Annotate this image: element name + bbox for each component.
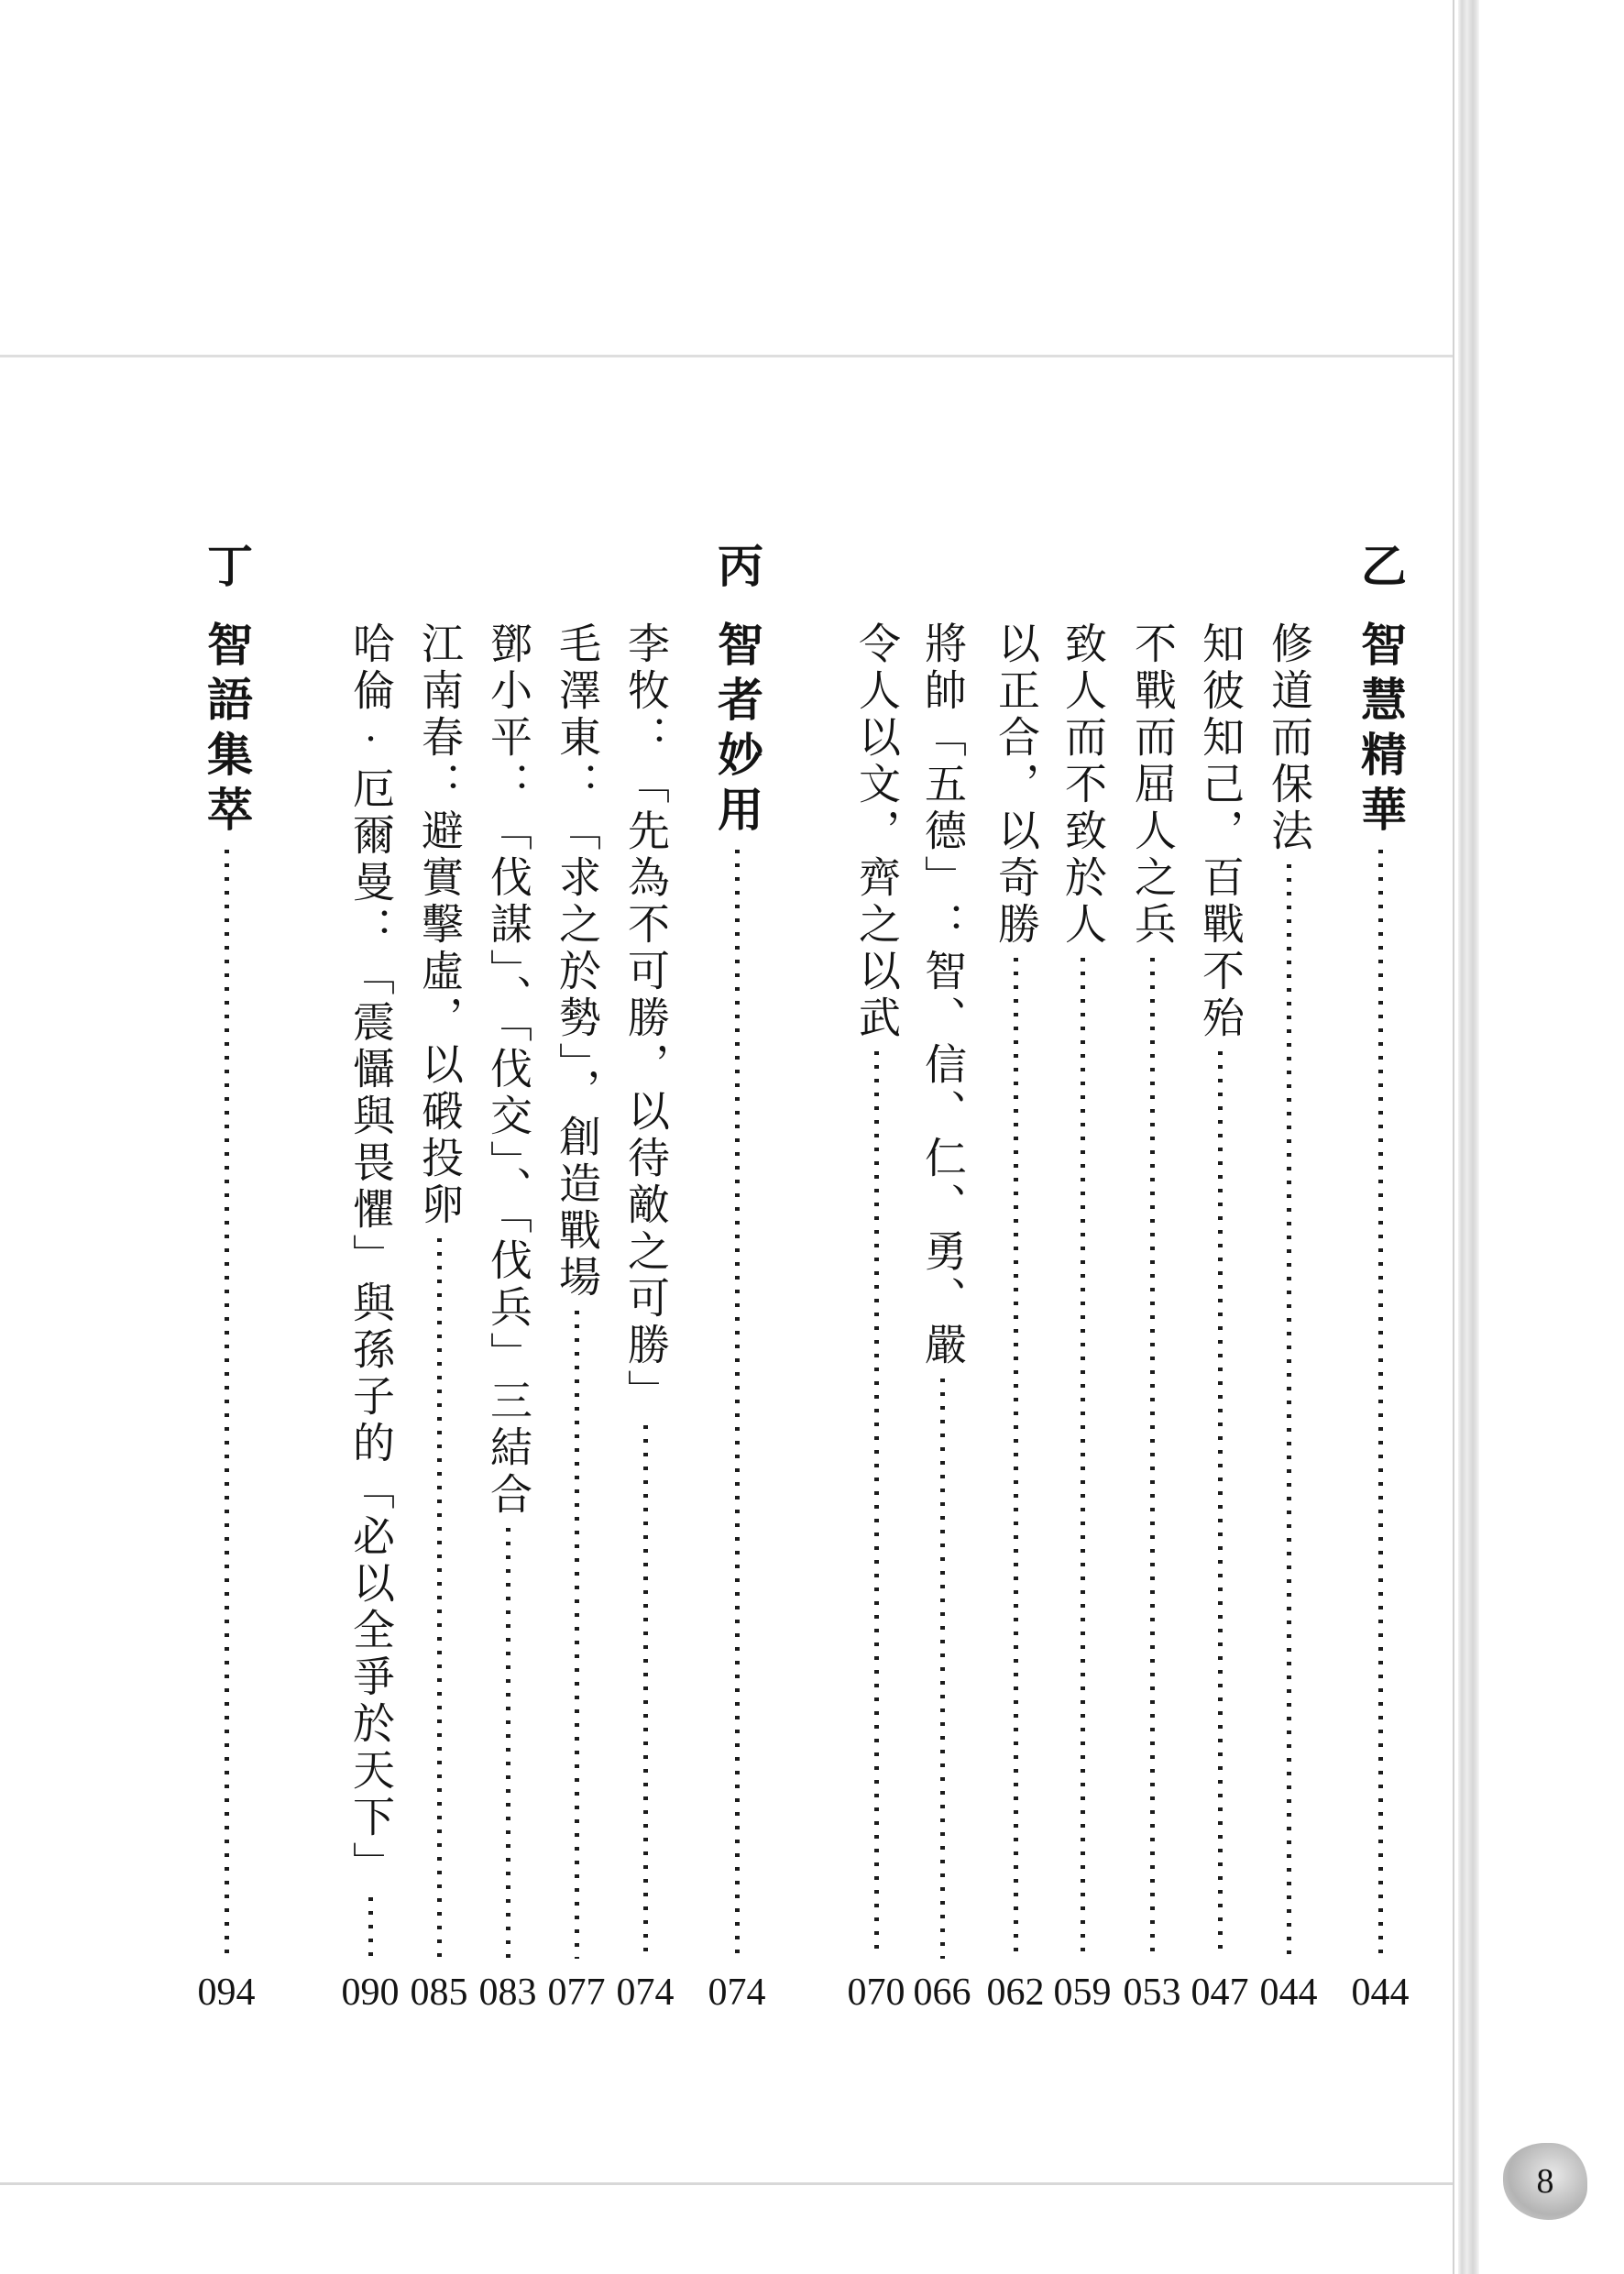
toc-section-header-bing: 丙 智者妙用 074 <box>709 542 764 2012</box>
page-bottom-rule <box>0 2182 1454 2185</box>
section-title: 智者妙用 <box>709 621 764 840</box>
toc-entry-page: 066 <box>914 1972 971 2012</box>
section-title: 智慧精華 <box>1353 621 1408 840</box>
dotted-leader <box>1287 864 1291 1959</box>
toc-entry-text: 哈倫·厄爾曼：「震懾與畏懼」與孫子的「必以全爭於天下」 <box>346 621 394 1888</box>
toc-entry: 將帥「五德」：智、信、仁、勇、嚴 066 <box>918 621 966 2012</box>
toc-entry-text: 修道而保法 <box>1265 621 1312 855</box>
section-page-number: 044 <box>1352 1972 1410 2012</box>
toc-section-header-ding: 丁 智語集萃 094 <box>199 542 254 2012</box>
toc-entry: 令人以文，齊之以武 070 <box>852 621 900 2012</box>
toc-entry-text: 毛澤東：「求之於勢」，創造戰場 <box>553 621 600 1302</box>
toc-entry: 李牧：「先為不可勝，以待敵之可勝」 074 <box>621 621 669 2012</box>
toc-entry-text: 將帥「五德」：智、信、仁、勇、嚴 <box>918 621 966 1369</box>
dotted-leader <box>437 1238 442 1959</box>
page-edge-line <box>1453 0 1454 2274</box>
toc-entry-page: 070 <box>848 1972 905 2012</box>
toc-entry-text: 以正合，以奇勝 <box>992 621 1039 949</box>
scanned-toc-page: 乙 智慧精華 044 修道而保法 044 知彼知己，百戰不殆 047 不戰而屈人… <box>0 0 1624 2274</box>
toc-entry-text: 江南春：避實擊虛，以碫投卵 <box>415 621 463 1229</box>
dotted-leader <box>643 1425 648 1959</box>
toc-entry-page: 090 <box>342 1972 400 2012</box>
toc-entry: 哈倫·厄爾曼：「震懾與畏懼」與孫子的「必以全爭於天下」 090 <box>346 621 394 2012</box>
dotted-leader <box>368 1897 373 1959</box>
dotted-leader <box>940 1379 945 1959</box>
toc-entry: 鄧小平：「伐謀」、「伐交」、「伐兵」三結合 083 <box>484 621 532 2012</box>
section-page-number: 094 <box>198 1972 256 2012</box>
dotted-leader <box>575 1311 579 1959</box>
dotted-leader <box>1150 958 1155 1959</box>
toc-entry-page: 047 <box>1191 1972 1249 2012</box>
toc-entry: 江南春：避實擊虛，以碫投卵 085 <box>415 621 463 2012</box>
book-spine-shadow <box>1458 0 1479 2274</box>
toc-entry-text: 李牧：「先為不可勝，以待敵之可勝」 <box>621 621 669 1416</box>
section-letter: 丁 <box>199 542 254 595</box>
folio-number: 8 <box>1537 2164 1554 2199</box>
toc-entry-page: 077 <box>548 1972 606 2012</box>
toc-entry: 毛澤東：「求之於勢」，創造戰場 077 <box>553 621 600 2012</box>
folio-ink-blob: 8 <box>1503 2143 1587 2220</box>
toc-entry: 以正合，以奇勝 062 <box>992 621 1039 2012</box>
section-letter: 丙 <box>709 542 764 595</box>
toc-entry: 致人而不致於人 059 <box>1059 621 1106 2012</box>
toc-entry-page: 053 <box>1124 1972 1181 2012</box>
toc-entry: 不戰而屈人之兵 053 <box>1128 621 1176 2012</box>
toc-entry-page: 083 <box>479 1972 537 2012</box>
dotted-leader <box>1378 850 1383 1959</box>
toc-entry-page: 085 <box>411 1972 468 2012</box>
dotted-leader <box>225 850 229 1959</box>
section-page-number: 074 <box>708 1972 766 2012</box>
toc-entry-page: 044 <box>1260 1972 1318 2012</box>
section-letter: 乙 <box>1353 542 1408 595</box>
toc-entry-text: 致人而不致於人 <box>1059 621 1106 949</box>
toc-entry-text: 令人以文，齊之以武 <box>852 621 900 1042</box>
toc-section-header-yi: 乙 智慧精華 044 <box>1353 542 1408 2012</box>
dotted-leader <box>1218 1051 1223 1959</box>
toc-entry-page: 059 <box>1054 1972 1112 2012</box>
toc-entry: 知彼知己，百戰不殆 047 <box>1196 621 1244 2012</box>
page-top-rule <box>0 355 1454 357</box>
toc-entry-text: 不戰而屈人之兵 <box>1128 621 1176 949</box>
toc-entry-page: 074 <box>617 1972 675 2012</box>
toc-entry-page: 062 <box>987 1972 1045 2012</box>
dotted-leader <box>1014 958 1018 1959</box>
dotted-leader <box>874 1051 879 1959</box>
dotted-leader <box>1081 958 1085 1959</box>
toc-entry: 修道而保法 044 <box>1265 621 1312 2012</box>
dotted-leader <box>735 850 740 1959</box>
section-title: 智語集萃 <box>199 621 254 840</box>
toc-entry-text: 鄧小平：「伐謀」、「伐交」、「伐兵」三結合 <box>484 621 532 1519</box>
toc-entry-text: 知彼知己，百戰不殆 <box>1196 621 1244 1042</box>
dotted-leader <box>506 1528 510 1959</box>
